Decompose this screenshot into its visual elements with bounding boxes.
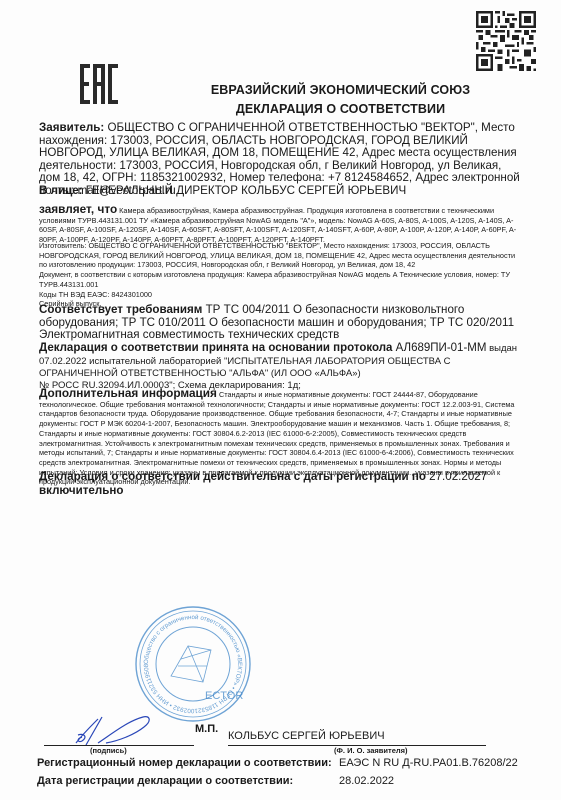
seal-place-label: М.П. — [195, 723, 218, 735]
signature-caption: (подпись) — [90, 746, 127, 755]
declares-label: заявляет, что — [39, 202, 117, 216]
validity-date: 27.02.2027 — [426, 470, 487, 483]
validity-suffix: включительно — [39, 484, 123, 497]
registration-date: 28.02.2022 — [339, 775, 394, 787]
validity-section: Декларация о соответствии действительна … — [39, 470, 523, 497]
applicant-label: Заявитель: — [39, 121, 104, 134]
requirements-section: Соответствует требованиям ТР ТС 004/2011… — [39, 304, 523, 342]
registration-number: ЕАЭС N RU Д-RU.PA01.B.76208/22 — [339, 757, 518, 769]
signatory-name: КОЛЬБУС СЕРГЕЙ ЮРЬЕВИЧ — [228, 730, 385, 742]
protocol-number: АЛ689ПИ-01-ММ — [392, 342, 486, 354]
hs-codes: Коды ТН ВЭД ЕАЭС: 8424301000 — [39, 290, 523, 300]
registration-number-label: Регистрационный номер декларации о соотв… — [37, 757, 339, 769]
manufacturer-document: Документ, в соответствии с которым изгот… — [39, 270, 523, 289]
in-person-section: В лице: ГЕНЕРАЛЬНЫЙ ДИРЕКТОР КОЛЬБУС СЕР… — [39, 185, 523, 198]
in-person-label: В лице: — [39, 184, 83, 197]
qr-code-icon — [476, 8, 536, 74]
validity-text: Декларация о соответствии действительна … — [39, 470, 426, 483]
registration-date-row: Дата регистрации декларации о соответств… — [37, 775, 537, 787]
document-title: ДЕКЛАРАЦИЯ О СООТВЕТСТВИИ — [60, 102, 561, 116]
protocol-label: Декларация о соответствии принята на осн… — [39, 342, 392, 354]
manufacturer-text: ОБЩЕСТВО С ОГРАНИЧЕННОЙ ОТВЕТСТВЕННОСТЬЮ… — [39, 241, 515, 269]
declares-section: заявляет, что Камера абразивоструйная, К… — [39, 205, 523, 245]
company-seal-icon: Общество с ограниченной ответственностью… — [133, 604, 253, 724]
manufacturer-section: Изготовитель: ОБЩЕСТВО С ОГРАНИЧЕННОЙ ОТ… — [39, 241, 523, 309]
manufacturer-label: Изготовитель: — [39, 241, 86, 250]
registration-date-label: Дата регистрации декларации о соответств… — [37, 775, 339, 787]
seal-mark: ECTOR — [205, 690, 243, 702]
union-heading: ЕВРАЗИЙСКИЙ ЭКОНОМИЧЕСКИЙ СОЮЗ — [60, 83, 561, 97]
additional-info-label: Дополнительная информация — [39, 386, 217, 400]
in-person-text: ГЕНЕРАЛЬНЫЙ ДИРЕКТОР КОЛЬБУС СЕРГЕЙ ЮРЬЕ… — [83, 184, 407, 197]
name-caption: (Ф. И. О. заявителя) — [334, 746, 408, 755]
handwritten-signature-icon — [68, 713, 158, 748]
requirements-label: Соответствует требованиям — [39, 303, 202, 316]
protocol-section: Декларация о соответствии принята на осн… — [39, 342, 523, 391]
registration-number-row: Регистрационный номер декларации о соотв… — [37, 757, 537, 769]
